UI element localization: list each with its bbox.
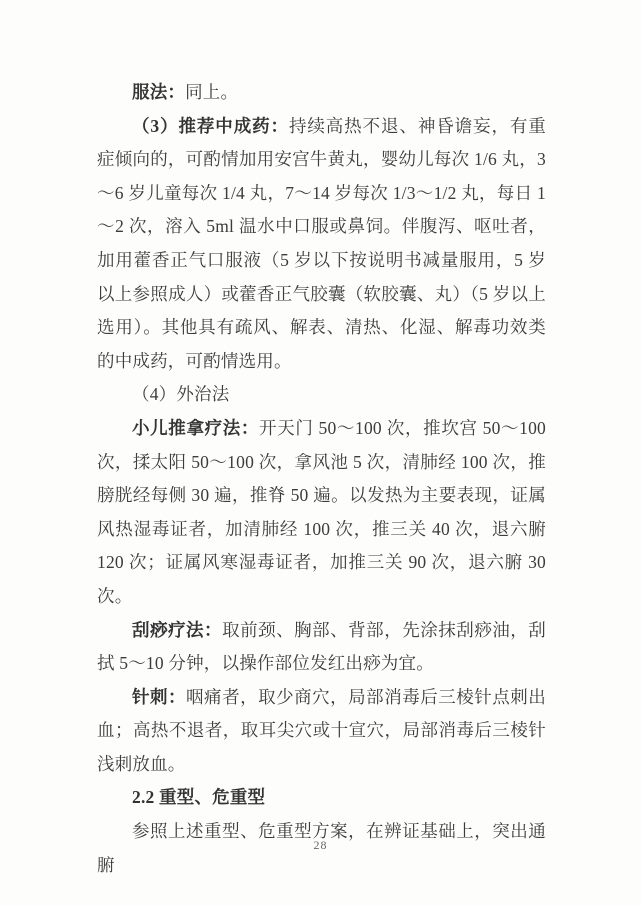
para-guasha-therapy: 刮痧疗法：取前颈、胸部、背部，先涂抹刮痧油，刮拭 5～10 分钟，以操作部位发红… bbox=[97, 614, 546, 681]
para-recommended-patent-medicine: （3）推荐中成药：持续高热不退、神昏谵妄，有重症倾向的，可酌情加用安宫牛黄丸，婴… bbox=[97, 110, 546, 379]
text-segment: 持续高热不退、神昏谵妄，有重症倾向的，可酌情加用安宫牛黄丸，婴幼儿每次 1/6 … bbox=[97, 116, 546, 371]
heading-2-2-severe-critical: 2.2 重型、危重型 bbox=[97, 781, 546, 815]
document-body: 服法：同上。（3）推荐中成药：持续高热不退、神昏谵妄，有重症倾向的，可酌情加用安… bbox=[97, 76, 546, 882]
para-pediatric-tuina: 小儿推拿疗法：开天门 50～100 次，推坎宫 50～100 次，揉太阳 50～… bbox=[97, 412, 546, 614]
text-segment: （4）外治法 bbox=[132, 384, 229, 404]
text-segment-bold: 针刺： bbox=[132, 687, 186, 707]
page-number: 28 bbox=[0, 838, 641, 853]
text-segment-bold: 刮痧疗法： bbox=[132, 620, 222, 640]
text-segment-bold: 服法： bbox=[132, 82, 185, 102]
para-external-treatment-heading: （4）外治法 bbox=[97, 378, 546, 412]
document-page: 服法：同上。（3）推荐中成药：持续高热不退、神昏谵妄，有重症倾向的，可酌情加用安… bbox=[0, 0, 641, 906]
para-serving-method: 服法：同上。 bbox=[97, 76, 546, 110]
para-acupuncture: 针刺：咽痛者，取少商穴，局部消毒后三棱针点刺出血；高热不退者，取耳尖穴或十宣穴，… bbox=[97, 681, 546, 782]
text-segment: 同上。 bbox=[185, 82, 238, 102]
text-segment-bold: 小儿推拿疗法： bbox=[132, 418, 259, 438]
text-segment-bold: 2.2 重型、危重型 bbox=[132, 787, 265, 807]
text-segment: 开天门 50～100 次，推坎宫 50～100 次，揉太阳 50～100 次，拿… bbox=[97, 418, 546, 606]
text-segment-bold: （3）推荐中成药： bbox=[132, 116, 289, 136]
